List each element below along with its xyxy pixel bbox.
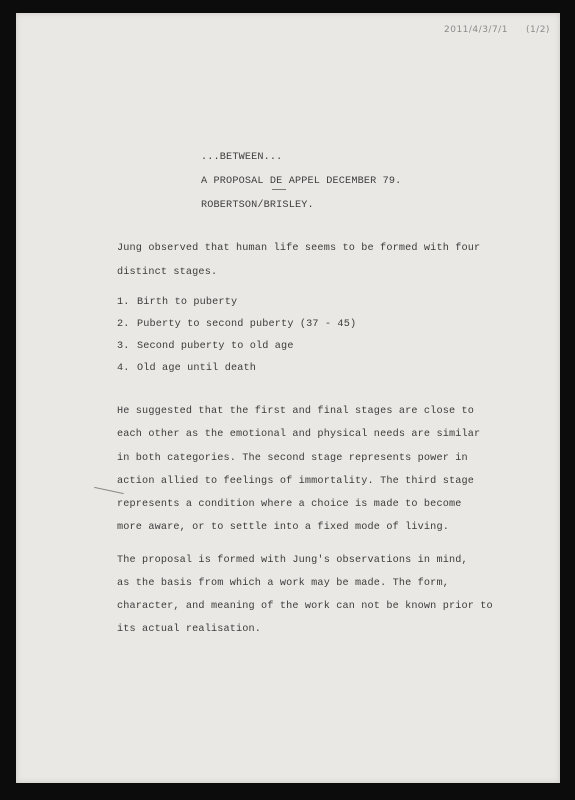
paragraph-line: in both categories. The second stage rep…: [117, 453, 468, 464]
paragraph-line: as the basis from which a work may be ma…: [117, 578, 449, 589]
paragraph-line: each other as the emotional and physical…: [117, 429, 480, 440]
stage-text: Birth to puberty: [137, 297, 237, 308]
pencil-mark: [94, 487, 124, 494]
stage-number: 1.: [117, 297, 137, 308]
stage-item: 3.Second puberty to old age: [117, 341, 294, 352]
stage-number: 3.: [117, 341, 137, 352]
header-subtitle: A PROPOSAL DE APPEL DECEMBER 79.: [201, 176, 401, 187]
stage-text: Second puberty to old age: [137, 341, 294, 352]
stage-item: 1.Birth to puberty: [117, 297, 237, 308]
document-page: 2011/4/3/7/1(1/2) ...BETWEEN... A PROPOS…: [16, 13, 560, 783]
archive-reference: 2011/4/3/7/1(1/2): [444, 25, 550, 35]
stage-number: 2.: [117, 319, 137, 330]
stage-item: 4.Old age until death: [117, 363, 256, 374]
paragraph-line: The proposal is formed with Jung's obser…: [117, 555, 468, 566]
stage-item: 2.Puberty to second puberty (37 - 45): [117, 319, 356, 330]
paragraph-line: its actual realisation.: [117, 624, 261, 635]
paragraph-line: He suggested that the first and final st…: [117, 406, 474, 417]
archive-number: 2011/4/3/7/1: [444, 25, 508, 35]
paragraph-line: character, and meaning of the work can n…: [117, 601, 493, 612]
paragraph-line: action allied to feelings of immortality…: [117, 476, 474, 487]
stage-text: Old age until death: [137, 363, 256, 374]
header-title: ...BETWEEN...: [201, 152, 282, 163]
intro-line: distinct stages.: [117, 267, 217, 278]
underline-mark: [272, 189, 286, 190]
paragraph-line: more aware, or to settle into a fixed mo…: [117, 522, 449, 533]
paragraph-line: represents a condition where a choice is…: [117, 499, 462, 510]
intro-line: Jung observed that human life seems to b…: [117, 243, 480, 254]
page-fraction: (1/2): [526, 25, 550, 35]
stage-number: 4.: [117, 363, 137, 374]
header-authors: ROBERTSON/BRISLEY.: [201, 200, 314, 211]
stage-text: Puberty to second puberty (37 - 45): [137, 319, 356, 330]
